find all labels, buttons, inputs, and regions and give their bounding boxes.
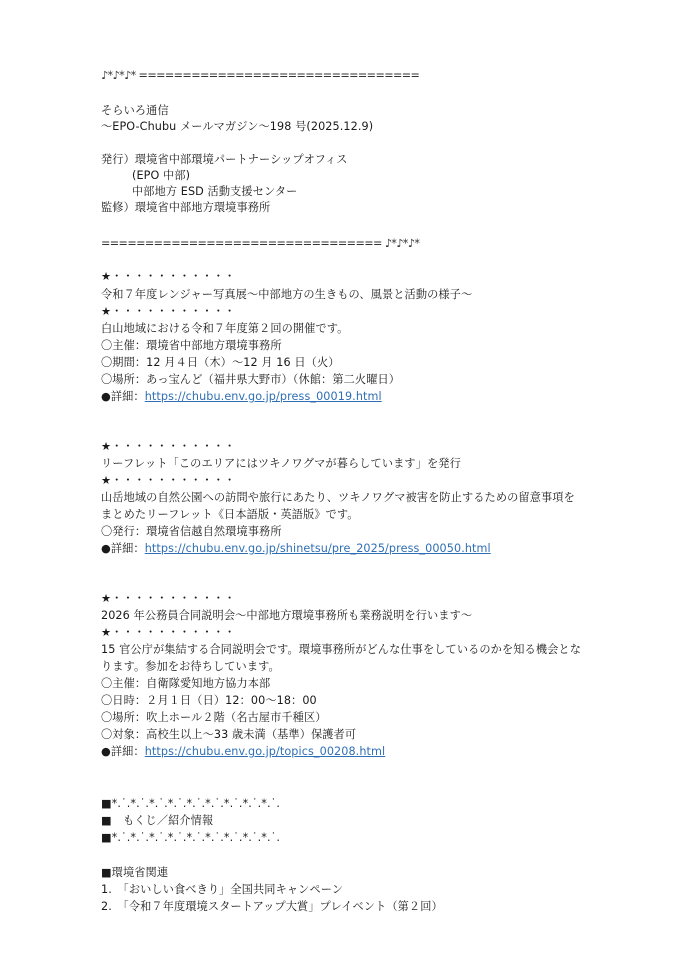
divider-bottom: ================================ ♪*♪*♪* [101, 237, 419, 251]
article-detail-venue: 〇場所：吹上ホール２階（名古屋市千種区） [101, 711, 327, 725]
article-star-line: ★・・・・・・・・・・・ [101, 626, 235, 640]
article-detail-link-row: ●詳細：https://chubu.env.go.jp/topics_00208… [101, 745, 385, 759]
toc-heading: ■ もくじ／紹介情報 [101, 814, 213, 828]
detail-link[interactable]: https://chubu.env.go.jp/shinetsu/pre_202… [145, 542, 491, 555]
article-title: 2026 年公務員合同説明会～中部地方環境事務所も業務説明を行います～ [101, 609, 472, 623]
toc-section-heading: ■環境省関連 [101, 866, 168, 880]
article-detail-link-row: ●詳細：https://chubu.env.go.jp/press_00019.… [101, 390, 382, 404]
toc-item: 1. 「おいしい食べきり」全国共同キャンペーン [101, 883, 343, 897]
toc-item: 2. 「令和７年度環境スタートアップ大賞」プレイベント（第２回） [101, 900, 443, 914]
newsletter-page: ♪*♪*♪* ================================ … [0, 0, 693, 980]
article-detail-organizer: 〇主催：自衛隊愛知地方協力本部 [101, 677, 270, 691]
detail-label: ●詳細： [101, 542, 145, 555]
article-detail-target: 〇対象：高校生以上～33 歳未満（基準）保護者可 [101, 728, 356, 742]
article-star-line: ★・・・・・・・・・・・ [101, 270, 235, 284]
article-body: まとめたリーフレット《日本語版・英語版》です。 [101, 508, 359, 522]
supervisor: 監修）環境省中部地方環境事務所 [101, 201, 270, 215]
article-body: 山岳地域の自然公園への訪問や旅行にあたり、ツキノワグマ被害を防止するための留意事… [101, 491, 575, 505]
newsletter-subtitle: ～EPO-Chubu メールマガジン～198 号(2025.12.9) [101, 120, 373, 134]
article-star-line: ★・・・・・・・・・・・ [101, 474, 235, 488]
article-detail-organizer: 〇主催：環境省中部地方環境事務所 [101, 339, 282, 353]
detail-label: ●詳細： [101, 390, 145, 403]
article-detail-venue: 〇場所：あっ宝んど（福井県大野市）（休館：第二火曜日） [101, 373, 400, 387]
article-body: 15 官公庁が集結する合同説明会です。環境事務所がどんな仕事をしているのかを知る… [101, 643, 581, 657]
article-title: リーフレット「このエリアにはツキノワグマが暮らしています」を発行 [101, 457, 461, 471]
publisher-abbr: (EPO 中部) [132, 169, 190, 183]
newsletter-title: そらいろ通信 [101, 104, 169, 118]
article-detail-publisher: 〇発行：環境省信越自然環境事務所 [101, 525, 282, 539]
article-title: 令和７年度レンジャー写真展～中部地方の生きもの、風景と活動の様子～ [101, 288, 472, 302]
publisher-esd: 中部地方 ESD 活動支援センター [132, 185, 297, 199]
article-body: ります。参加をお待ちしています。 [101, 660, 280, 674]
article-star-line: ★・・・・・・・・・・・ [101, 305, 235, 319]
publisher: 発行）環境省中部環境パートナーシップオフィス [101, 153, 348, 167]
detail-link[interactable]: https://chubu.env.go.jp/press_00019.html [145, 390, 382, 403]
detail-link[interactable]: https://chubu.env.go.jp/topics_00208.htm… [145, 745, 386, 758]
article-body: 白山地域における令和７年度第２回の開催です。 [101, 322, 348, 336]
toc-divider: ■*.˙.*.˙.*.˙.*.˙.*.˙.*.˙.*.˙.*.˙.*.˙. [101, 797, 280, 811]
article-star-line: ★・・・・・・・・・・・ [101, 592, 235, 606]
article-detail-link-row: ●詳細：https://chubu.env.go.jp/shinetsu/pre… [101, 542, 491, 556]
detail-label: ●詳細： [101, 745, 145, 758]
article-detail-period: 〇期間：12 月４日（木）～12 月 16 日（火） [101, 356, 340, 370]
toc-divider: ■*.˙.*.˙.*.˙.*.˙.*.˙.*.˙.*.˙.*.˙.*.˙. [101, 831, 280, 845]
article-detail-datetime: 〇日時：２月１日（日）12：00～18：00 [101, 694, 317, 708]
article-star-line: ★・・・・・・・・・・・ [101, 440, 235, 454]
divider-top: ♪*♪*♪* ================================ [101, 69, 419, 83]
